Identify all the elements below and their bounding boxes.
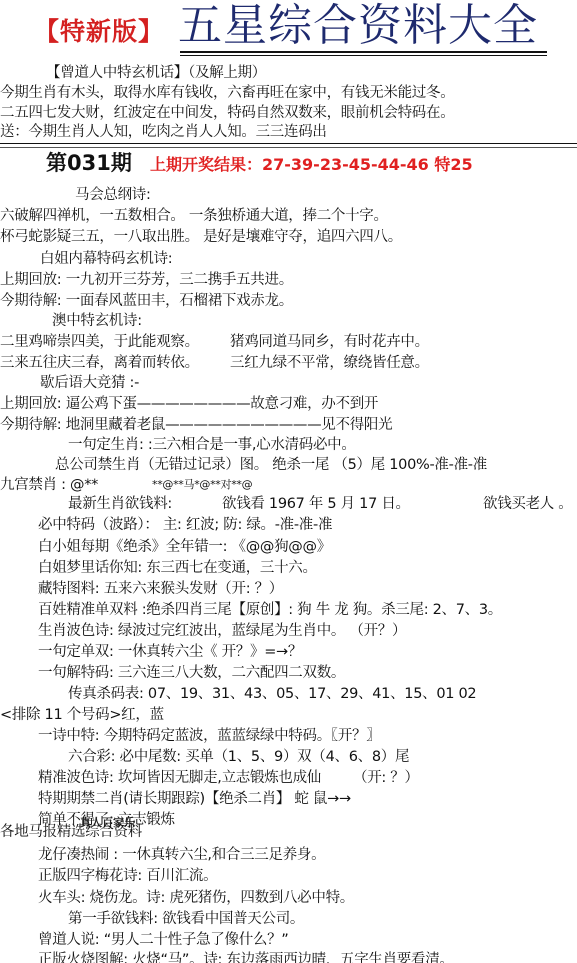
section-heading: 歇后语大竞猜 :-	[40, 374, 139, 392]
intro-line: 今期生肖有木头，取得水库有钱收，六畜再旺在家中，有钱无米能过冬。	[0, 84, 454, 102]
text-line: 总公司禁生肖（无错过记录）图。 绝杀一尾 （5）尾 100%-准-准-准	[55, 456, 487, 474]
divider-thin	[0, 147, 577, 148]
page-title: 五星综合资料大全	[178, 0, 538, 52]
text-line: 今期待解: 一面春风蓝田丰，石榴裙下戏赤龙。	[0, 292, 293, 310]
edition-badge: 【特新版】	[34, 12, 164, 48]
text-line: 白小姐每期《绝杀》全年错一: 《@@狗@@》	[38, 538, 331, 556]
text-line: 一诗中特: 今期特码定蓝波，蓝蓝绿绿中特码。〖开？〗	[38, 727, 380, 745]
section-heading: 白姐内幕特码玄机诗:	[40, 250, 172, 268]
title-underline	[180, 51, 547, 53]
text-line: 三来五往庆三春，离着而转依。	[0, 354, 199, 372]
text-line: 白姐梦里话你知: 东三西七在变通，三十六。	[38, 559, 317, 577]
text-line: 上期回放: 逼公鸡下蛋————————故意刁难，办不到开	[0, 395, 378, 413]
text-line: 九宫禁肖 : @**	[0, 476, 98, 494]
text-line: 正版火烧图解: 火烧“马”。诗: 东边落雨西边晴，五字生肖要看清。	[38, 951, 454, 963]
text-line: 龙仔凑热闹 : 一休真转六尘,和合三三足养身。	[38, 846, 325, 864]
text-line: **@**马*@**对**@	[152, 476, 252, 494]
text-line: 六合彩: 必中尾数: 买单（1、5、9）双（4、6、8）尾	[68, 748, 409, 766]
issue-number: 第031期	[46, 150, 132, 176]
intro-heading: 【曾道人中特玄机话】（及解上期）	[46, 64, 266, 82]
text-line: 传真杀码表: 07、19、31、43、05、17、29、41、15、01 02	[68, 685, 476, 703]
section-heading: 澳中特玄机诗:	[52, 312, 142, 330]
text-line: 一句定生肖: :三六相合是一事,心水清码必中。	[68, 436, 356, 454]
text-line: 三红九绿不平常，缭绕皆任意。	[230, 354, 429, 372]
text-line: 生肖波色诗: 绿波过完红波出，蓝绿尾为生肖中。 （开？）	[38, 622, 406, 640]
text-line: 百姓精准单双料 :绝杀四肖三尾【原创】: 狗 牛 龙 狗。杀三尾: 2、7、3。	[38, 601, 502, 619]
section-heading: 各地马报精选综合资料	[0, 823, 142, 841]
text-line: 二里鸡啼崇四美，于此能观察。	[0, 333, 199, 351]
text-line: 火车头: 烧伤龙。诗: 虎死猪伤，四数到八必中特。	[38, 889, 354, 907]
last-draw-result: 上期开奖结果：27-39-23-45-44-46 特25	[150, 155, 473, 175]
text-line: 上期回放: 一九初开三芬芳，三二携手五共进。	[0, 271, 293, 289]
text-line: 必中特码（波路）： 主: 红波; 防: 绿。-准-准-准	[38, 516, 332, 534]
title-underline-thin	[180, 55, 547, 56]
text-line: 一句解特码: 三六连三八大数，二六配四二双数。	[38, 664, 345, 682]
text-line: 欲钱买老人 。	[483, 495, 573, 513]
divider	[0, 143, 577, 144]
text-line: 曾道人说: “男人二十性子急了像什么？”	[38, 931, 289, 949]
text-line: 正版四字梅花诗: 百川汇流。	[38, 867, 217, 885]
intro-line: 送：今期生肖人人知，吃肉之肖人人知。三三连码出	[0, 123, 327, 141]
section-heading: 马会总纲诗:	[75, 186, 151, 204]
text-line: 藏特图料: 五来六来猴头发财（开: ？）	[38, 580, 283, 598]
text-line: 猪鸡同道马同乡，有时花卉中。	[230, 333, 429, 351]
text-line: 一句定单双: 一休真转六尘《 开？》=→？	[38, 643, 302, 661]
section-heading: 最新生肖欲钱料:	[68, 495, 172, 513]
text-line: 今期待解: 地洞里藏着老鼠———————————见不得阳光	[0, 416, 392, 434]
text-line: 六破解四禅机，一五数相合。 一条独桥通大道，捧二个十字。	[0, 207, 388, 225]
intro-line: 二五四七发大财，红波定在中间发，特码自然双数来，眼前机会特码在。	[0, 104, 454, 122]
text-line: 特期期禁二肖(请长期跟踪)【绝杀二肖】 蛇 鼠→→	[38, 790, 351, 808]
text-line: 第一手欲钱料: 欲钱看中国普天公司。	[68, 910, 304, 928]
text-line: （开: ？）	[353, 769, 419, 787]
text-line: 杯弓蛇影疑三五，一八取出胜。 是好是壤难守夺，追四六四八。	[0, 228, 402, 246]
text-line: 欲钱看 1967 年 5 月 17 日。	[222, 495, 410, 513]
text-line: <排除 11 个号码>红，蓝	[0, 706, 164, 724]
text-line: 精准波色诗: 坎坷皆因无脚走,立志锻炼也成仙	[38, 769, 321, 787]
